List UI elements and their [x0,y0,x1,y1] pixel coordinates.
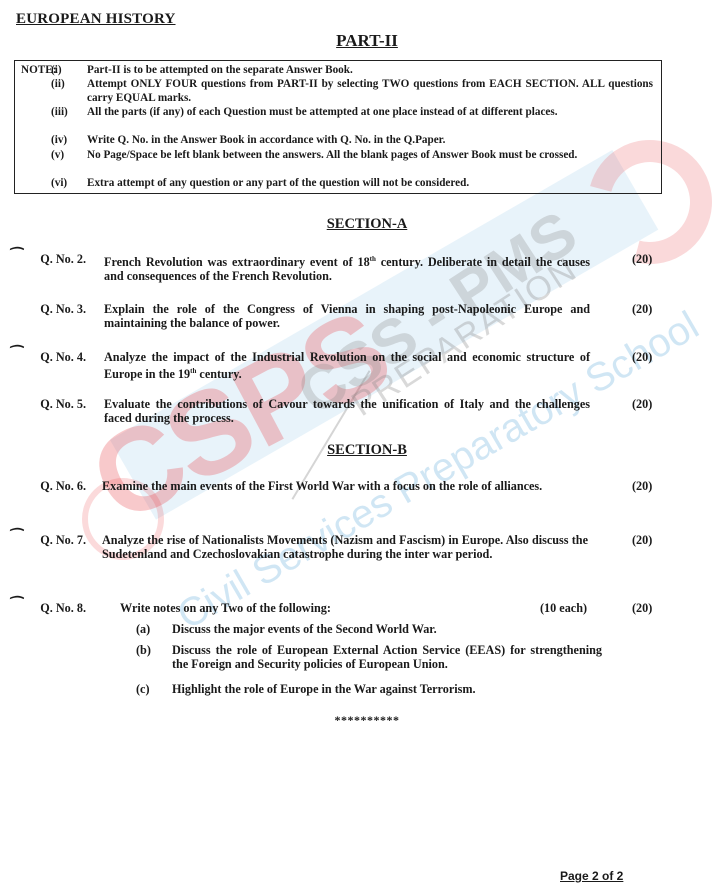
note-item-number: (iv) [51,134,83,148]
question-text: Analyze the rise of Nationalists Movemen… [102,534,588,561]
question-number: Q. No. 6. [22,480,86,494]
section-a-title: SECTION-A [0,216,716,233]
question-marks: (20) [632,534,652,548]
pen-mark-icon: ⁀ [8,600,20,614]
part-text: Discuss the major events of the Second W… [172,623,602,637]
note-item-number: (iii) [51,106,83,120]
note-item-number: (vi) [51,177,83,191]
note-item: (ii) Attempt ONLY FOUR questions from PA… [87,78,653,105]
instructions-box: NOTE: (i) Part-II is to be attempted on … [14,60,662,194]
part-label: (a) [136,623,150,637]
question-number: ⁀Q. No. 8. [22,602,86,616]
question-marks: (20) [632,253,652,267]
question-marks: (20) [632,602,652,616]
part-text: Discuss the role of European External Ac… [172,644,602,671]
question-marks: (20) [632,398,652,412]
question-text: Examine the main events of the First Wor… [102,480,588,494]
question-number: Q. No. 3. [22,303,86,317]
page-number: Page 2 of 2 [560,869,623,883]
note-item-text: No Page/Space be left blank between the … [87,149,653,163]
exam-page: CSPS CSS - PMS PREPARATION Civil Service… [0,0,716,896]
question-number: ⁀Q. No. 2. [22,253,86,267]
note-item-number: (i) [51,64,83,78]
note-item-text: Part-II is to be attempted on the separa… [87,64,653,78]
note-item: (iii) All the parts (if any) of each Que… [87,106,653,120]
question-text: Write notes on any Two of the following: [120,602,420,616]
question-text: Explain the role of the Congress of Vien… [104,303,590,330]
note-item-text: Write Q. No. in the Answer Book in accor… [87,134,653,148]
question-text: Analyze the impact of the Industrial Rev… [104,351,590,381]
question-marks: (20) [632,351,652,365]
part-title: PART-II [0,31,716,51]
part-label: (b) [136,644,151,658]
note-item-text: All the parts (if any) of each Question … [87,106,653,120]
end-marker: ********** [0,713,716,728]
note-item: (i) Part-II is to be attempted on the se… [87,64,653,78]
question-number: ⁀Q. No. 7. [22,534,86,548]
note-item: (iv) Write Q. No. in the Answer Book in … [87,134,653,148]
question-number: Q. No. 5. [22,398,86,412]
question-number: ⁀Q. No. 4. [22,351,86,365]
pen-mark-icon: ⁀ [8,251,20,265]
note-item: (vi) Extra attempt of any question or an… [87,177,653,191]
pen-mark-icon: ⁀ [8,349,20,363]
watermark-band [110,150,658,520]
sub-marks: (10 each) [540,602,587,616]
note-item-text: Extra attempt of any question or any par… [87,177,653,191]
pen-mark-icon: ⁀ [8,532,20,546]
note-item-text: Attempt ONLY FOUR questions from PART-II… [87,78,653,105]
note-item-number: (ii) [51,78,83,92]
question-text: Evaluate the contributions of Cavour tow… [104,398,590,425]
note-item: (v) No Page/Space be left blank between … [87,149,653,163]
part-text: Highlight the role of Europe in the War … [172,683,602,697]
question-text: French Revolution was extraordinary even… [104,253,590,283]
part-label: (c) [136,683,150,697]
question-marks: (20) [632,303,652,317]
question-marks: (20) [632,480,652,494]
note-item-number: (v) [51,149,83,163]
section-b-title: SECTION-B [0,442,716,459]
subject-title: EUROPEAN HISTORY [16,11,176,28]
